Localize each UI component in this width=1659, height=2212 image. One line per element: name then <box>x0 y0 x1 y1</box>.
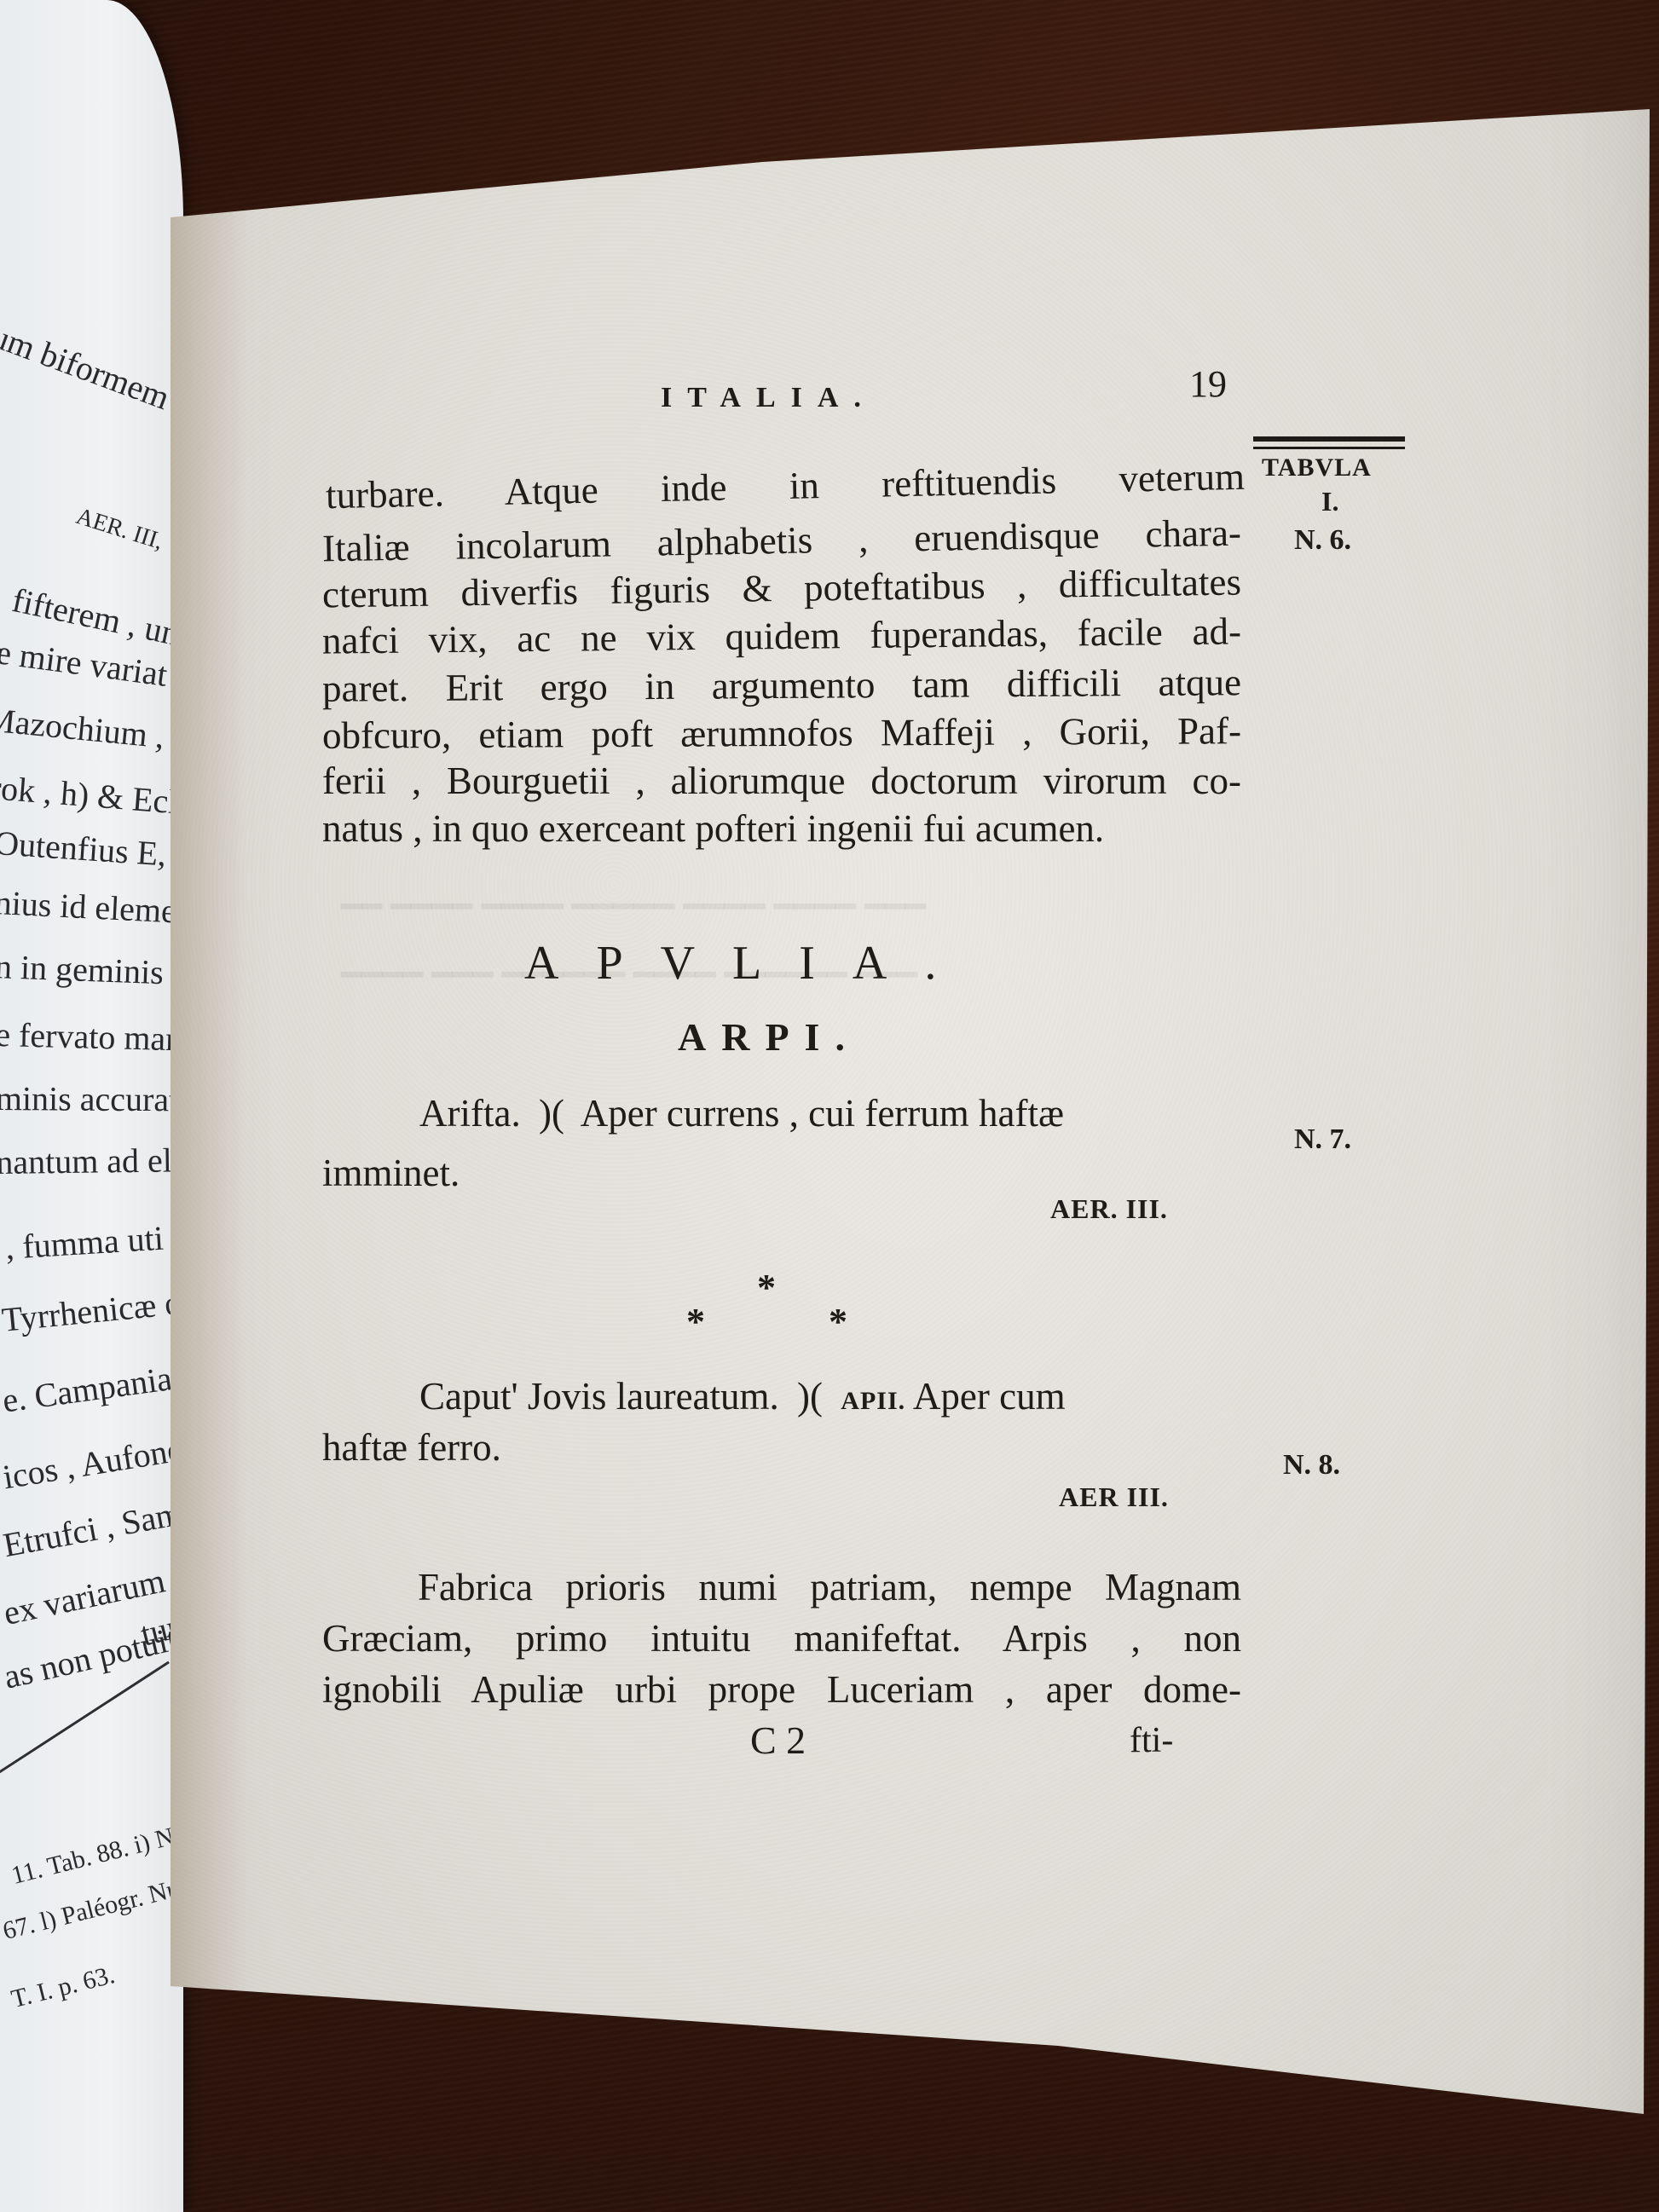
tabula-number: I. <box>1321 486 1338 517</box>
running-head: ITALIA. <box>661 382 876 414</box>
tabula-text: TABVLA <box>1262 453 1372 482</box>
asterisk-icon: * <box>757 1266 776 1309</box>
catchword: fti- <box>1130 1720 1173 1761</box>
margin-double-rule-thin <box>1253 447 1405 449</box>
paragraph-line: natus , in quo exerceant pofteri ingenii… <box>322 810 1241 848</box>
bleed-through-text: ━━ ━━━━ ━━━━ ━━━━━ ━━━━ ━━━━ ━━━ <box>341 887 926 927</box>
asterisk-icon: * <box>829 1300 847 1343</box>
paragraph-line: Græciam, primo intuitu manifeftat. Arpis… <box>322 1620 1241 1658</box>
paragraph-line: ignobili Apuliæ urbi prope Luceriam , ap… <box>322 1671 1241 1709</box>
left-page-text-line: um biformem , in- <box>0 315 183 440</box>
reverse-text: Aper currens , cui ferrum haftæ <box>581 1092 1064 1135</box>
entry-description-line-2: haftæ ferro. <box>322 1425 501 1470</box>
obverse-text: Caput' Jovis laureatum. <box>419 1375 779 1418</box>
left-page-text-line: nantum ad elicien- <box>0 1139 183 1182</box>
paragraph-line: paret. Erit ergo in argumento tam diffic… <box>322 663 1241 708</box>
left-page-text-line: e fervato manife- <box>0 1014 183 1060</box>
margin-double-rule-thick <box>1253 436 1405 442</box>
plate-note-6: N. 6. <box>1294 524 1351 557</box>
asterisk-icon: * <box>686 1300 705 1343</box>
metal-denomination: AER III. <box>1059 1481 1169 1513</box>
entry-description-line-2: imminet. <box>322 1151 460 1195</box>
signature-mark: C 2 <box>750 1718 806 1763</box>
left-page-text-line: n in geminis fui <box>0 946 183 994</box>
tabula-label: TABVLA <box>1262 453 1372 482</box>
left-page-text-line: Tyrrhenicæ ortho- <box>0 1276 183 1340</box>
left-page-text-line: nius id elementum <box>0 882 183 934</box>
plate-note-7: N. 7. <box>1294 1123 1351 1156</box>
obverse-reverse-separator: )( <box>797 1375 823 1418</box>
entry-description-line-1: Caput' Jovis laureatum. )( APII. Aper cu… <box>419 1374 1066 1418</box>
paragraph-line: Fabrica prioris numi patriam, nempe Magn… <box>418 1568 1241 1607</box>
paragraph-line: obfcuro, etiam poft ærumnofos Maffeji , … <box>322 712 1241 755</box>
coin-legend: APII. <box>841 1387 905 1415</box>
obverse-reverse-separator: )( <box>539 1092 564 1135</box>
gutter-shadow <box>171 0 247 2212</box>
left-page-text-line: e. Campaniam, <box>0 1354 183 1421</box>
left-facing-page: um biformem , in-AER. III,fifterem , una… <box>0 0 183 2212</box>
left-page-text-line: Mazochium , g) & <box>0 699 183 764</box>
entry-description-line-1: Arifta. )( Aper currens , cui ferrum haf… <box>419 1091 1064 1135</box>
left-page-text-line: Outenfius E, l) fi <box>0 823 183 878</box>
obverse-text: Arifta. <box>419 1092 521 1135</box>
plate-note-8: N. 8. <box>1283 1449 1340 1481</box>
metal-denomination: AER. III. <box>1050 1193 1168 1225</box>
page-number: 19 <box>1189 362 1227 406</box>
left-page-text-line: T. I. p. 63. <box>9 1961 118 2014</box>
left-page-text-line: rok , h) & Eck- <box>0 767 183 823</box>
reverse-text: Aper cum <box>913 1375 1066 1418</box>
paragraph-line: ferii , Bourguetii , aliorumque doctorum… <box>322 762 1241 800</box>
left-page-text-line: minis accurate no- <box>0 1078 183 1120</box>
left-page-text-line: , fumma uti accu- <box>4 1213 183 1268</box>
left-page-text-line: AER. III, <box>72 503 166 556</box>
section-title-apulia: APVLIA. <box>524 936 974 990</box>
subsection-title-arpi: ARPI. <box>678 1014 860 1060</box>
left-page-text-line: icos , Aufonesque <box>0 1419 183 1498</box>
paragraph-line: nafci vix, ac ne vix quidem fuperandas, … <box>322 612 1241 660</box>
